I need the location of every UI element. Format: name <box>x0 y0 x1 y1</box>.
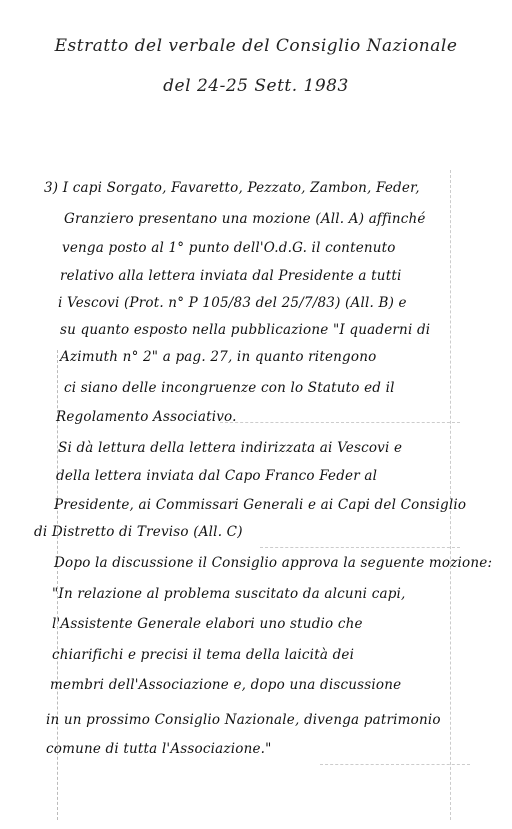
text-line: Presidente, ai Commissari Generali e ai … <box>54 497 466 513</box>
text-line: comune di tutta l'Associazione." <box>46 741 272 757</box>
text-line: di Distretto di Treviso (All. C) <box>34 524 243 540</box>
text-line: "In relazione al problema suscitato da a… <box>52 586 406 602</box>
document-title: Estratto del verbale del Consiglio Nazio… <box>0 36 512 56</box>
text-line: l'Assistente Generale elabori uno studio… <box>52 616 363 632</box>
text-line: i Vescovi (Prot. n° P 105/83 del 25/7/83… <box>58 295 407 311</box>
text-line: Si dà lettura della lettera indirizzata … <box>58 440 402 456</box>
document-date: del 24-25 Sett. 1983 <box>0 76 512 96</box>
text-line: Dopo la discussione il Consiglio approva… <box>54 555 492 571</box>
text-line: Azimuth n° 2" a pag. 27, in quanto riten… <box>60 349 376 365</box>
dashed-rule <box>320 764 470 765</box>
text-line: venga posto al 1° punto dell'O.d.G. il c… <box>62 240 396 256</box>
dashed-rule <box>260 547 460 548</box>
text-line: Regolamento Associativo. <box>56 409 237 425</box>
text-line: membri dell'Associazione e, dopo una dis… <box>50 677 401 693</box>
text-line: chiarifichi e precisi il tema della laic… <box>52 647 354 663</box>
dashed-rule <box>220 422 460 423</box>
text-line: Granziero presentano una mozione (All. A… <box>64 211 426 227</box>
text-line: ci siano delle incongruenze con lo Statu… <box>64 380 395 396</box>
text-line: in un prossimo Consiglio Nazionale, dive… <box>46 712 441 728</box>
text-line: della lettera inviata dal Capo Franco Fe… <box>56 468 377 484</box>
text-line: relativo alla lettera inviata dal Presid… <box>60 268 401 284</box>
text-line: 3) I capi Sorgato, Favaretto, Pezzato, Z… <box>44 180 420 196</box>
text-line: su quanto esposto nella pubblicazione "I… <box>60 322 430 338</box>
margin-rule-right <box>450 170 451 820</box>
